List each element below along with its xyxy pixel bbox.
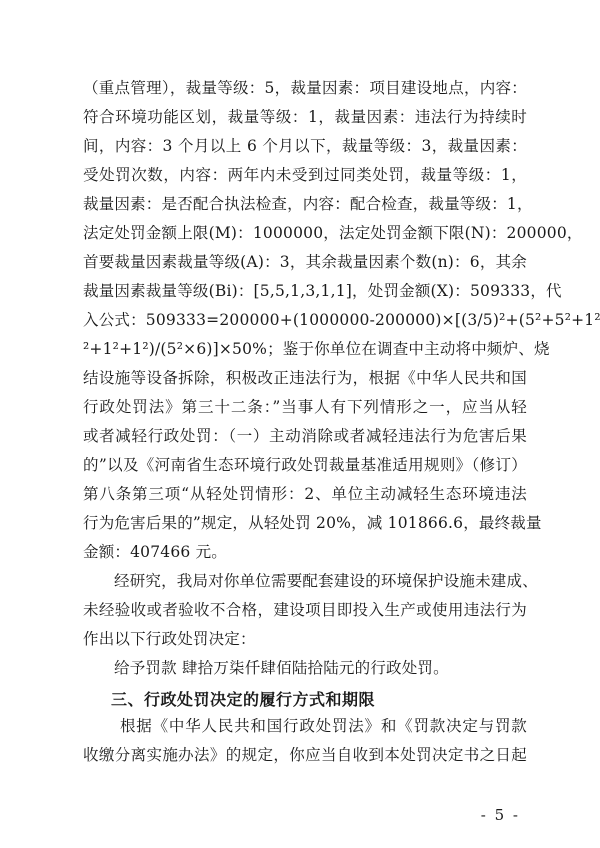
text-line: 受处罚次数，内容：两年内未受到过同类处罚，裁量等级：1， [83, 165, 527, 185]
document-page: （重点管理），裁量等级：5，裁量因素：项目建设地点，内容： 符合环境功能区划，裁… [0, 0, 600, 848]
text-line: 根据《中华人民共和国行政处罚法》和《罚款决定与罚款 [120, 716, 527, 736]
page-number: - 5 - [481, 806, 520, 824]
text-line: （重点管理），裁量等级：5，裁量因素：项目建设地点，内容： [83, 78, 527, 98]
text-line: 裁量因素裁量等级(Bi)：[5,5,1,3,1,1]，处罚金额(X)：50933… [83, 281, 527, 301]
text-line: 给予罚款 肆拾万柒仟肆佰陆拾陆元的行政处罚。 [114, 658, 558, 678]
text-line: 未经验收或者验收不合格，建设项目即投入生产或使用违法行为 [83, 600, 527, 620]
text-line: 或者减轻行政处罚：（一）主动消除或者减轻违法行为危害后果 [83, 426, 527, 446]
text-line: 行为危害后果的”规定，从轻处罚 20%，减 101866.6，最终裁量 [83, 513, 527, 533]
text-line: 经研究，我局对你单位需要配套建设的环境保护设施未建成、 [114, 571, 527, 591]
text-line: 结设施等设备拆除，积极改正违法行为，根据《中华人民共和国 [83, 368, 527, 388]
text-line: 金额：407466 元。 [83, 542, 527, 562]
text-line: 的”以及《河南省生态环境行政处罚裁量基准适用规则》（修订） [83, 455, 527, 475]
text-line: 裁量因素：是否配合执法检查，内容：配合检查，裁量等级：1， [83, 194, 527, 214]
text-line: 作出以下行政处罚决定： [83, 629, 527, 649]
text-line: ²+1²+1²)/(5²×6)]×50%；鉴于你单位在调查中主动将中频炉、烧 [83, 339, 527, 359]
section-heading: 三、行政处罚决定的履行方式和期限 [111, 687, 375, 710]
text-line: 行政处罚法》第三十二条：”当事人有下列情形之一，应当从轻 [83, 397, 527, 417]
text-line: 收缴分离实施办法》的规定，你应当自收到本处罚决定书之日起 [83, 745, 527, 765]
text-line: 入公式：509333=200000+(1000000-200000)×[(3/5… [83, 310, 527, 330]
text-line: 法定处罚金额上限(M)：1000000，法定处罚金额下限(N)：200000， [83, 223, 527, 243]
text-line: 第八条第三项“从轻处罚情形：2、单位主动减轻生态环境违法 [83, 484, 527, 504]
text-line: 首要裁量因素裁量等级(A)：3，其余裁量因素个数(n)：6，其余 [83, 252, 527, 272]
text-line: 间，内容：3 个月以上 6 个月以下，裁量等级：3，裁量因素： [83, 136, 527, 156]
text-line: 符合环境功能区划，裁量等级：1，裁量因素：违法行为持续时 [83, 107, 527, 127]
